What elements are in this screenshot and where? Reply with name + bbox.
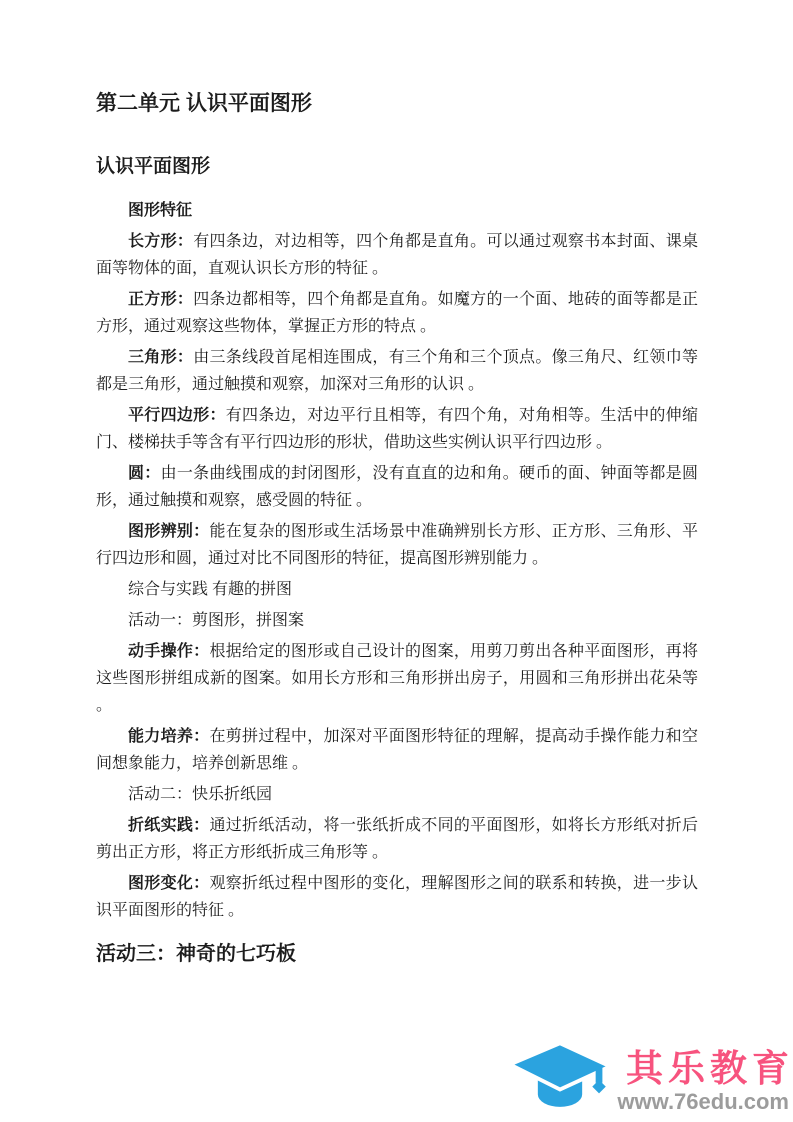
paragraph-shape-identification: 图形辨别：能在复杂的图形或生活场景中准确辨别长方形、正方形、三角形、平行四边形和… bbox=[96, 518, 698, 572]
paragraph-text: 由一条曲线围成的封闭图形，没有直直的边和角。硬币的面、钟面等都是圆形，通过触摸和… bbox=[96, 465, 698, 509]
paragraph-lead: 折纸实践： bbox=[128, 817, 209, 834]
brand-text-block: 其乐教育 www.76edu.com bbox=[617, 1050, 789, 1114]
brand-watermark: 其乐教育 www.76edu.com bbox=[507, 1038, 789, 1114]
paragraph-triangle: 三角形：由三条线段首尾相连围成，有三个角和三个顶点。像三角尺、红领巾等都是三角形… bbox=[96, 344, 698, 398]
paragraph-practice-intro: 综合与实践 有趣的拼图 bbox=[96, 576, 698, 603]
graduation-cap-icon bbox=[507, 1038, 613, 1116]
paragraph-lead: 动手操作： bbox=[128, 643, 209, 660]
paragraph-hands-on: 动手操作：根据给定的图形或自己设计的图案，用剪刀剪出各种平面图形，再将这些图形拼… bbox=[96, 638, 698, 719]
section-heading: 认识平面图形 bbox=[96, 156, 698, 178]
paragraph-lead: 图形变化： bbox=[128, 875, 209, 892]
paragraph-paper-folding: 折纸实践：通过折纸活动，将一张纸折成不同的平面图形，如将长方形纸对折后剪出正方形… bbox=[96, 812, 698, 866]
brand-name: 其乐教育 bbox=[626, 1050, 793, 1089]
paragraph-lead: 长方形： bbox=[128, 233, 193, 250]
paragraph-lead: 平行四边形： bbox=[128, 407, 226, 424]
paragraph-activity-two: 活动二：快乐折纸园 bbox=[96, 781, 698, 808]
paragraph-lead: 正方形： bbox=[128, 291, 193, 308]
paragraph-rectangle: 长方形：有四条边，对边相等，四个角都是直角。可以通过观察书本封面、课桌面等物体的… bbox=[96, 228, 698, 282]
paragraph-ability-building: 能力培养：在剪拼过程中，加深对平面图形特征的理解，提高动手操作能力和空间想象能力… bbox=[96, 723, 698, 777]
brand-website: www.76edu.com bbox=[617, 1089, 789, 1114]
paragraph-circle: 圆：由一条曲线围成的封闭图形，没有直直的边和角。硬币的面、钟面等都是圆形，通过触… bbox=[96, 460, 698, 514]
paragraph-lead: 圆： bbox=[128, 465, 161, 482]
paragraph-shape-change: 图形变化：观察折纸过程中图形的变化，理解图形之间的联系和转换，进一步认识平面图形… bbox=[96, 870, 698, 924]
document-content: 第二单元 认识平面图形 认识平面图形 图形特征 长方形：有四条边，对边相等，四个… bbox=[0, 0, 793, 966]
paragraph-lead: 能力培养： bbox=[128, 728, 209, 745]
paragraph-parallelogram: 平行四边形：有四条边，对边平行且相等，有四个角，对角相等。生活中的伸缩门、楼梯扶… bbox=[96, 402, 698, 456]
sub-heading: 图形特征 bbox=[96, 200, 698, 222]
paragraph-text: 综合与实践 有趣的拼图 bbox=[128, 581, 292, 598]
paragraph-text: 活动二：快乐折纸园 bbox=[128, 786, 272, 803]
paragraph-text: 活动一：剪图形，拼图案 bbox=[128, 612, 304, 629]
unit-title: 第二单元 认识平面图形 bbox=[96, 92, 698, 116]
paragraph-lead: 图形辨别： bbox=[128, 523, 209, 540]
activity-three-heading: 活动三：神奇的七巧板 bbox=[96, 942, 698, 966]
document-page: 第二单元 认识平面图形 认识平面图形 图形特征 长方形：有四条边，对边相等，四个… bbox=[0, 0, 793, 1122]
paragraph-activity-one: 活动一：剪图形，拼图案 bbox=[96, 607, 698, 634]
paragraph-lead: 三角形： bbox=[128, 349, 193, 366]
paragraph-square: 正方形：四条边都相等，四个角都是直角。如魔方的一个面、地砖的面等都是正方形，通过… bbox=[96, 286, 698, 340]
